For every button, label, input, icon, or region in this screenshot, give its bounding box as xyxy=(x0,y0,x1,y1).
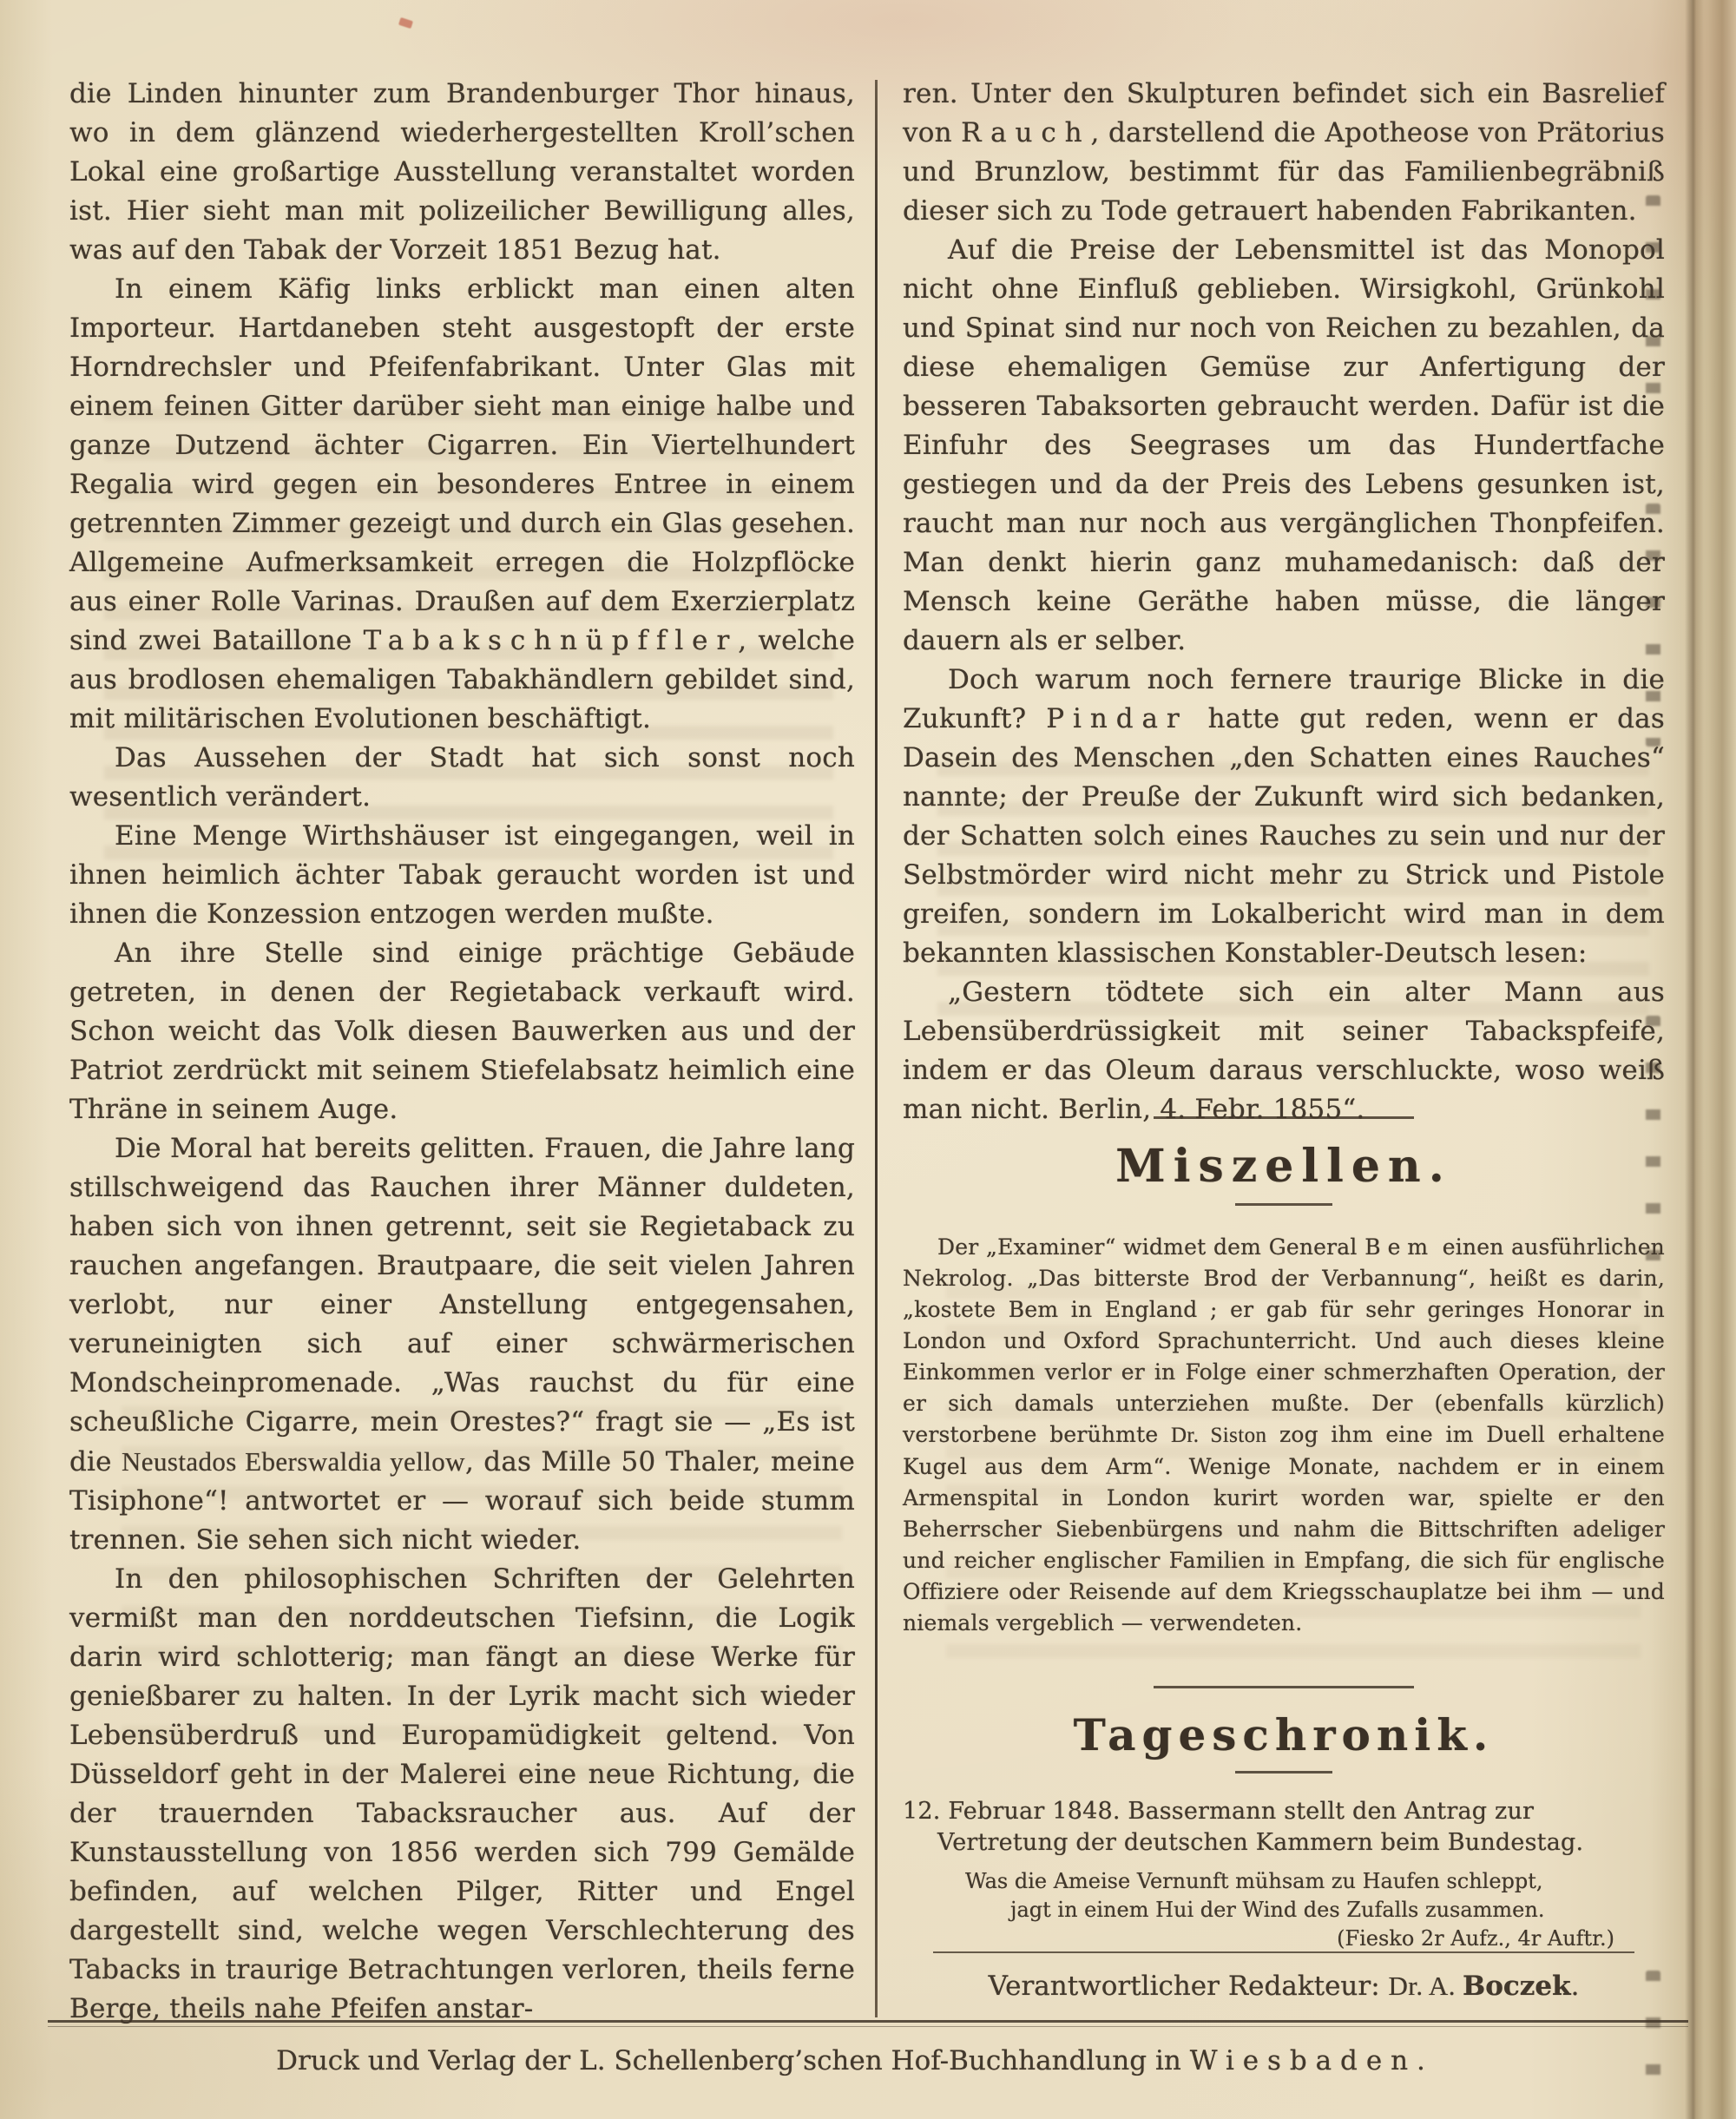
text-segment: hatte gut reden, wenn er das Dasein des … xyxy=(903,703,1665,969)
left-column: die Linden hinunter zum Brandenburger Th… xyxy=(69,75,855,2029)
editor-rule xyxy=(933,1951,1634,1953)
paragraph: Doch warum noch fernere traurige Blicke … xyxy=(903,661,1665,973)
paragraph: Das Aussehen der Stadt hat sich sonst no… xyxy=(69,739,855,817)
text-segment: Pindar xyxy=(1046,703,1187,734)
text-segment: Der „Examiner“ widmet dem General xyxy=(937,1234,1364,1260)
verse-line: (Fiesko 2r Aufz., 4r Auftr.) xyxy=(903,1925,1665,1953)
text-segment: Rauch xyxy=(961,117,1090,148)
paragraph: ren. Unter den Skulpturen befindet sich … xyxy=(903,75,1665,231)
text-segment: Dr. A. xyxy=(1389,1971,1463,2001)
text-segment: Druck und Verlag der L. Schellenberg’sch… xyxy=(276,2045,1190,2076)
text-segment: Neustados Eberswaldia yellow xyxy=(122,1446,465,1477)
miszellen-heading: Miszellen. xyxy=(903,1142,1665,1191)
text-segment: Auf die Preise der Lebensmittel ist das … xyxy=(903,234,1665,656)
footer-imprint: Druck und Verlag der L. Schellenberg’sch… xyxy=(0,2042,1701,2080)
editor-block: Verantwortlicher Redakteur: Dr. A. Bocze… xyxy=(903,1951,1665,2004)
paragraph: „Gestern tödtete sich ein alter Mann aus… xyxy=(903,973,1665,1129)
text-segment: zog ihm eine im Duell erhaltene Kugel au… xyxy=(903,1422,1665,1635)
right-column: ren. Unter den Skulpturen befindet sich … xyxy=(903,75,1665,2045)
text-segment: Boczek xyxy=(1463,1971,1571,2002)
tageschronik-section: Tageschronik. 12. Februar 1848. Basserma… xyxy=(903,1686,1665,1953)
paragraph: An ihre Stelle sind einige prächtige Geb… xyxy=(69,934,855,1129)
text-segment: die Linden hinunter zum Brandenburger Th… xyxy=(69,78,855,266)
column-divider xyxy=(875,80,878,2017)
verse-line: jagt in einem Hui der Wind des Zufalls z… xyxy=(903,1896,1665,1925)
text-segment: Tabakschnüpffler xyxy=(364,625,739,656)
paragraph: Auf die Preise der Lebensmittel ist das … xyxy=(903,231,1665,661)
editor-line: Verantwortlicher Redakteur: Dr. A. Bocze… xyxy=(903,1969,1665,2004)
miszellen-section: Miszellen. Der „Examiner“ widmet dem Gen… xyxy=(903,1116,1665,1639)
miszellen-body: Der „Examiner“ widmet dem General Bem ei… xyxy=(903,1232,1665,1639)
text-segment: In den philosophischen Schriften der Gel… xyxy=(69,1563,855,2024)
text-segment: Wiesbaden xyxy=(1190,2045,1417,2076)
tageschronik-rule-top xyxy=(1154,1686,1414,1688)
red-ink-speck xyxy=(398,17,413,29)
paragraph: In einem Käfig links erblickt man einen … xyxy=(69,270,855,739)
text-segment: 12. Februar 1848. Bassermann stellt den … xyxy=(903,1798,1583,1856)
miszellen-rule-top xyxy=(1154,1116,1414,1119)
text-segment: . xyxy=(1417,2045,1425,2076)
paragraph: Die Moral hat bereits gelitten. Frauen, … xyxy=(69,1129,855,1560)
text-segment: Die Moral hat bereits gelitten. Frauen, … xyxy=(69,1133,855,1477)
page-crease xyxy=(1685,0,1704,2119)
paragraph: Der „Examiner“ widmet dem General Bem ei… xyxy=(903,1232,1665,1639)
text-segment: Dr. Siston xyxy=(1171,1424,1266,1447)
paragraph: Eine Menge Wirthshäuser ist eingegangen,… xyxy=(69,817,855,934)
footer-rule xyxy=(48,2020,1688,2027)
newspaper-page: die Linden hinunter zum Brandenburger Th… xyxy=(0,0,1736,2119)
text-segment: „Gestern tödtete sich ein alter Mann aus… xyxy=(903,977,1665,1125)
text-segment: Eine Menge Wirthshäuser ist eingegangen,… xyxy=(69,820,855,930)
text-segment: Das Aussehen der Stadt hat sich sonst no… xyxy=(69,742,855,813)
tageschronik-heading: Tageschronik. xyxy=(903,1711,1665,1759)
text-segment: Bem xyxy=(1364,1234,1435,1260)
tageschronik-rule-bottom xyxy=(1235,1771,1332,1774)
paragraph: 12. Februar 1848. Bassermann stellt den … xyxy=(903,1796,1665,1859)
verse-quote: Was die Ameise Vernunft mühsam zu Haufen… xyxy=(903,1867,1665,1953)
verse-line: Was die Ameise Vernunft mühsam zu Haufen… xyxy=(903,1867,1665,1896)
text-segment: . xyxy=(1571,1971,1580,2002)
paragraph: In den philosophischen Schriften der Gel… xyxy=(69,1560,855,2029)
paragraph: die Linden hinunter zum Brandenburger Th… xyxy=(69,75,855,270)
miszellen-rule-bottom xyxy=(1235,1203,1332,1206)
text-segment: Verantwortlicher Redakteur: xyxy=(989,1971,1389,2002)
right-column-articles: ren. Unter den Skulpturen befindet sich … xyxy=(903,75,1665,1129)
text-segment: einen ausführlichen Nekrolog. „Das bitte… xyxy=(903,1234,1665,1447)
text-segment: In einem Käfig links erblickt man einen … xyxy=(69,273,855,656)
tageschronik-entry: 12. Februar 1848. Bassermann stellt den … xyxy=(903,1796,1665,1859)
text-segment: An ihre Stelle sind einige prächtige Geb… xyxy=(69,938,855,1125)
